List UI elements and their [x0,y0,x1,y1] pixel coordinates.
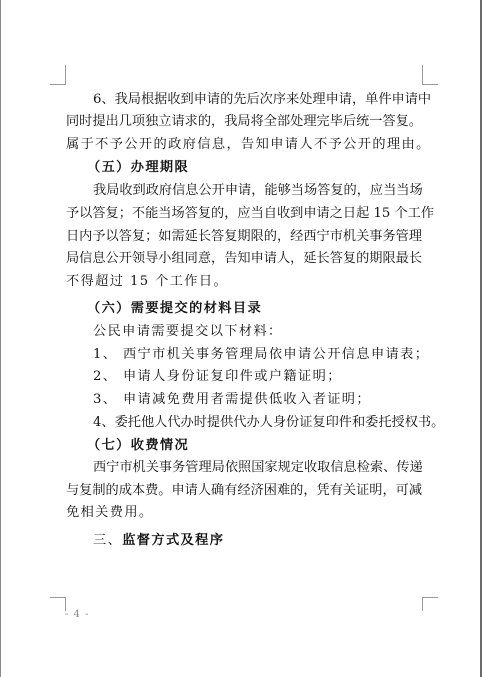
page-number: - 4 - [65,609,89,620]
crop-mark-top-right-horizontal [422,84,438,85]
crop-mark-bottom-right-vertical [422,597,423,611]
crop-mark-bottom-left-horizontal [50,597,66,598]
section7-line-2: 与复制的成本费。申请人确有经济困难的，凭有关证明，可减 [66,480,421,502]
section6-item-2: 2、 申请人身份证复印件或户籍证明； [93,366,421,388]
crop-mark-bottom-right-horizontal [422,597,438,598]
section7-heading: （七）收费情况 [87,435,415,457]
section6-intro: 公民申请需要提交以下材料： [93,321,421,343]
section6-item-3: 3、 申请减免费用者需提供低收入者证明； [93,389,421,411]
part3-number: 三、 [93,533,122,548]
section5-line-5: 不得超过 15 个工作日。 [66,271,421,293]
section7-line-1: 西宁市机关事务管理局依照国家规定收取信息检索、传递 [93,457,421,479]
item6-line-2: 同时提出几项独立请求的，我局将全部处理完毕后统一答复。 [66,111,421,133]
section5-line-3: 日内予以答复；如需延长答复期限的，经西宁市机关事务管理 [66,226,421,248]
section7-line-3: 免相关费用。 [66,502,421,524]
item6-line-3: 属于不予公开的政府信息，告知申请人不予公开的理由。 [66,134,421,156]
section6-heading: （六）需要提交的材料目录 [87,298,415,320]
section6-item-1: 1、 西宁市机关事务管理局依申请公开信息申请表； [93,344,421,366]
section5-line-4: 局信息公开领导小组同意，告知申请人，延长答复的期限最长 [66,248,421,270]
crop-mark-top-right-vertical [422,65,423,85]
crop-mark-top-left-vertical [65,65,66,85]
part3-heading: 三、监督方式及程序 [93,530,421,552]
section5-heading: （五）办理期限 [87,157,415,179]
document-page: 6、我局根据收到申请的先后次序来处理申请，单件申请中 同时提出几项独立请求的，我… [0,0,482,677]
section5-line-1: 我局收到政府信息公开申请，能够当场答复的，应当当场 [93,180,421,202]
crop-mark-top-left-horizontal [50,84,66,85]
section6-item-4: 4、委托他人代办时提供代办人身份证复印件和委托授权书。 [93,412,430,434]
part3-title: 监督方式及程序 [122,533,224,548]
section5-line-2: 予以答复；不能当场答复的，应当自收到申请之日起 15 个工作 [66,203,421,225]
item6-line-1: 6、我局根据收到申请的先后次序来处理申请，单件申请中 [93,89,421,111]
